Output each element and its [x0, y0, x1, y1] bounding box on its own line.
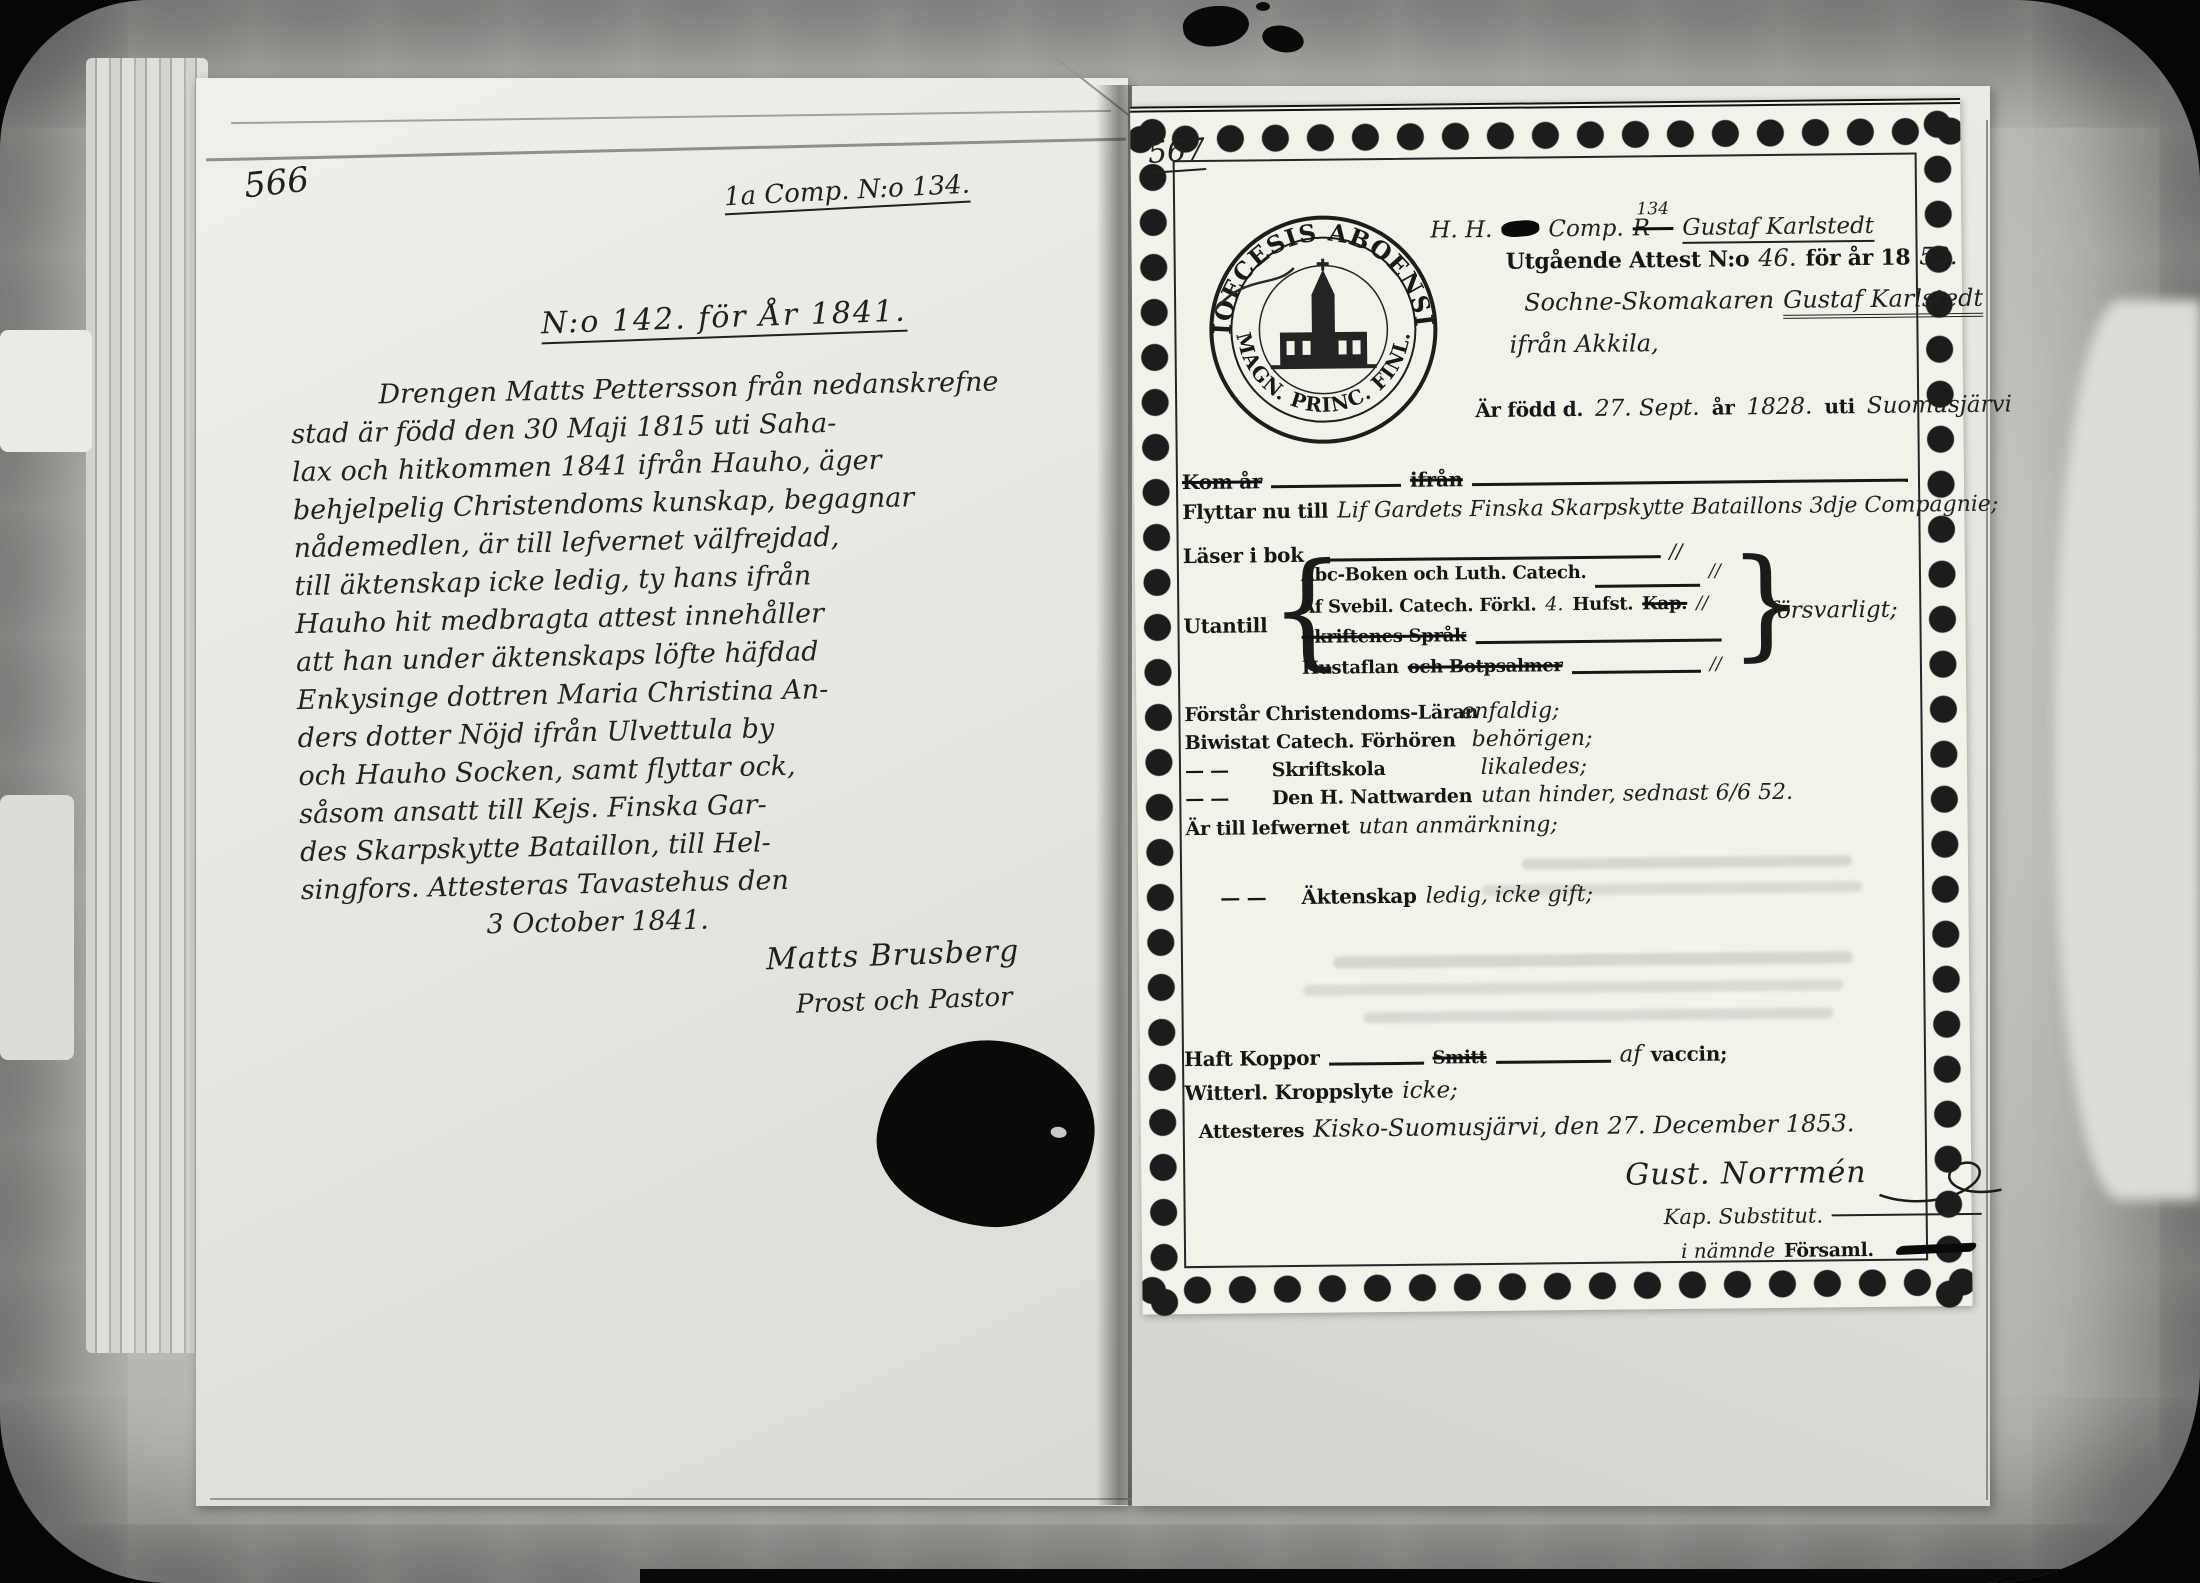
signature-title: Kap. Substitut. — [1664, 1203, 1824, 1229]
koppor-label: Haft Koppor — [1184, 1046, 1320, 1071]
ditto-mark: // — [1669, 539, 1683, 563]
row-label: Förstår Christendoms-Läran — [1184, 701, 1452, 726]
ink-blot-highlight — [1050, 1126, 1067, 1139]
row-label: Den H. Nattwarden — [1272, 785, 1472, 809]
utantill-result: försvarligt; — [1768, 597, 1898, 624]
attest-content: DIOECESIS ABOENSIS. MAGN. PRINC. FINL. — [1173, 152, 1929, 1268]
born-label: Är född d. — [1475, 397, 1583, 422]
row-value: behörigen; — [1472, 726, 1593, 752]
parish-printed: Församl. — [1784, 1239, 1874, 1262]
company-inserted-number: 134 — [1636, 199, 1669, 219]
kom-ar-label: Kom år — [1182, 469, 1262, 494]
utantill-item: Skriftenes Språk — [1302, 623, 1722, 658]
left-page: 566 1a Comp. N:o 134. N:o 142. för År 18… — [196, 78, 1128, 1506]
flyttar-value: Lif Gardets Finska Skarpskytte Bataillon… — [1337, 492, 1998, 524]
flyttar-row: Flyttar nu till Lif Gardets Finska Skarp… — [1182, 492, 1998, 526]
attest-page: DIOECESIS ABOENSIS. MAGN. PRINC. FINL. — [1130, 98, 1973, 1315]
attesteras-row: Attesteres Kisko-Suomusjärvi, den 27. De… — [1199, 1109, 1855, 1144]
koppor-struck: Smitt — [1432, 1047, 1486, 1069]
paper-scrap — [0, 795, 74, 1060]
utantill-items: Abc-Boken och Luth. Catech. // Af Svebil… — [1301, 561, 1722, 689]
ink-blot — [867, 1028, 1104, 1239]
ditto-mark: // — [1710, 654, 1722, 675]
form-row: Biwistat Catech. Förhören behörigen; — [1185, 726, 1593, 755]
company-pre: H. H. — [1430, 217, 1492, 244]
from-place: ifrån Akkila, — [1509, 329, 1658, 359]
page-edge-stack — [86, 58, 208, 1353]
left-page-title: N:o 142. för År 1841. — [540, 294, 907, 345]
row-value: utan hinder, sednast 6/6 52. — [1481, 780, 1793, 808]
ink-mark — [1501, 219, 1540, 238]
kroppslyte-value: icke; — [1402, 1077, 1458, 1104]
item-hw-value: 4. — [1545, 593, 1563, 615]
signature-title-row: Kap. Substitut. — [1664, 1202, 1983, 1229]
attest-number: 46. — [1758, 244, 1796, 272]
born-label2: år — [1711, 395, 1734, 419]
attesteras-value: Kisko-Suomusjärvi, den 27. December 1853… — [1313, 1109, 1855, 1143]
ink-mark — [1256, 2, 1270, 11]
attest-title-label-a: Utgående Attest N:o — [1506, 246, 1750, 275]
form-row: Är till lefwernet utan anmärkning; — [1185, 812, 1558, 841]
bleedthrough-text — [1364, 1007, 1834, 1023]
born-year: 1828. — [1746, 394, 1812, 421]
item-text: Hustaflan — [1302, 657, 1399, 679]
paper-scrap — [0, 330, 92, 452]
fill-rule — [1313, 554, 1661, 562]
form-row: — — Skriftskola likaledes; — [1185, 754, 1587, 783]
kom-ar-row: Kom år ifrån — [1182, 463, 1908, 495]
ink-mark — [1260, 22, 1306, 56]
sheet-edge-line — [206, 138, 1126, 162]
row-value: likaledes; — [1481, 754, 1588, 780]
left-page-heading: 1a Comp. N:o 134. — [723, 170, 970, 216]
paper-edge-band — [2055, 300, 2200, 1200]
attest-title-label-b: för år 18 — [1805, 245, 1910, 272]
koppor-label2: vaccin; — [1651, 1041, 1728, 1066]
kroppslyte-label: Witterl. Kroppslyte — [1184, 1079, 1393, 1105]
utantill-item: Af Svebil. Catech. Förkl. 4. Hufst. Kap.… — [1301, 592, 1721, 627]
from-line: ifrån Akkila, — [1509, 329, 1658, 359]
row-label: Biwistat Catech. Förhören — [1185, 729, 1463, 754]
form-row: Förstår Christendoms-Läran enfaldig; — [1184, 698, 1559, 727]
company-name: Gustaf Karlstedt — [1682, 213, 1874, 244]
scanned-book-opening: 566 1a Comp. N:o 134. N:o 142. för År 18… — [0, 0, 2200, 1583]
ditto-mark: // — [1709, 561, 1721, 582]
aktenskap-value: ledig, icke gift; — [1426, 882, 1594, 909]
left-signature: Matts Brusberg — [765, 934, 1019, 978]
ink-dash — [1894, 1242, 1978, 1255]
item-text: Hufst. — [1572, 593, 1633, 615]
fill-rule — [1596, 583, 1700, 588]
flyttar-label: Flyttar nu till — [1182, 499, 1328, 525]
ditto-dashes: — — — [1220, 885, 1266, 909]
utantill-item: Hustaflan och Botpsalmer // — [1302, 654, 1722, 689]
fill-rule — [1472, 478, 1908, 487]
ditto-dashes: — — — [1185, 760, 1229, 782]
item-struck: och Botpsalmer — [1408, 655, 1563, 678]
holder-name: Gustaf Karlstedt — [1783, 284, 1983, 319]
utantill-item: Abc-Boken och Luth. Catech. // — [1301, 561, 1721, 596]
kroppslyte-row: Witterl. Kroppslyte icke; — [1184, 1077, 1458, 1106]
item-text: Af Svebil. Catech. Förkl. — [1301, 594, 1536, 617]
fill-rule — [1271, 483, 1401, 488]
left-page-body: Drengen Matts Pettersson från nedanskref… — [290, 362, 1082, 948]
born-date: 27. Sept. — [1595, 395, 1700, 422]
fill-rule — [1496, 1059, 1611, 1064]
koppor-row: Haft Koppor Smitt af vaccin; — [1184, 1040, 1764, 1072]
right-page-number: 567 — [1147, 132, 1207, 174]
ditto-mark: // — [1696, 593, 1708, 614]
form-row: — — Den H. Nattwarden utan hinder, sedna… — [1185, 780, 1793, 811]
parish-hw: i nämnde — [1681, 1238, 1775, 1263]
ifran-label: ifrån — [1410, 467, 1463, 492]
bleedthrough-text — [1303, 979, 1843, 996]
bleedthrough-text — [1333, 951, 1853, 968]
attest-title: Utgående Attest N:o 46. för år 18 53. — [1506, 242, 1958, 275]
ditto-dashes: — — — [1185, 788, 1229, 810]
row-value: enfaldig; — [1461, 698, 1559, 724]
ink-mark — [1181, 2, 1252, 51]
item-struck: Kap. — [1642, 593, 1687, 614]
strike-rule — [1572, 669, 1701, 674]
item-text: Abc-Boken och Luth. Catech. — [1301, 562, 1587, 586]
film-edge — [640, 1569, 2200, 1583]
holder-occupation: Sochne-Skomakaren — [1524, 286, 1774, 317]
born-label3: uti — [1824, 394, 1855, 418]
company-comp: Comp. — [1548, 216, 1624, 243]
left-page-number: 566 — [242, 160, 311, 207]
attest-year: 53. — [1919, 242, 1957, 270]
aktenskap-row: — — Äktenskap ledig, icke gift; — [1220, 882, 1593, 911]
church-seal-graphic: DIOECESIS ABOENSIS. MAGN. PRINC. FINL. — [1205, 211, 1441, 447]
strike-rule — [1475, 638, 1721, 645]
fill-rule — [1329, 1061, 1424, 1066]
company-line: H. H. Comp. R--- 134 Gustaf Karlstedt — [1430, 213, 1874, 247]
holder-line: Sochne-Skomakaren Gustaf Karlstedt — [1524, 284, 1983, 322]
koppor-hw: af — [1619, 1041, 1642, 1067]
bleedthrough-text — [1522, 855, 1852, 869]
row-label: Är till lefwernet — [1185, 816, 1349, 840]
row-value: utan anmärkning; — [1358, 812, 1558, 839]
parish-row: i nämnde Församl. — [1681, 1236, 1975, 1263]
aktenskap-label: Äktenskap — [1301, 884, 1416, 909]
pen-line — [1832, 1213, 1982, 1217]
row-label: Skriftskola — [1272, 757, 1472, 781]
attesteras-label: Attesteres — [1199, 1120, 1305, 1143]
sheet-edge-line — [231, 110, 1111, 124]
left-signature-title: Prost och Pastor — [796, 982, 1013, 1020]
signature-name: Gust. Norrmén — [1625, 1155, 1867, 1193]
born-place: Suomusjärvi — [1867, 391, 2012, 419]
utantill-label: Utantill — [1183, 613, 1267, 638]
item-struck: Skriftenes Språk — [1302, 625, 1467, 648]
church-seal: DIOECESIS ABOENSIS. MAGN. PRINC. FINL. — [1205, 211, 1441, 447]
utantill-block: Utantill { Abc-Boken och Luth. Catech. /… — [1183, 559, 1910, 695]
page-fold-line — [1986, 120, 1988, 1500]
